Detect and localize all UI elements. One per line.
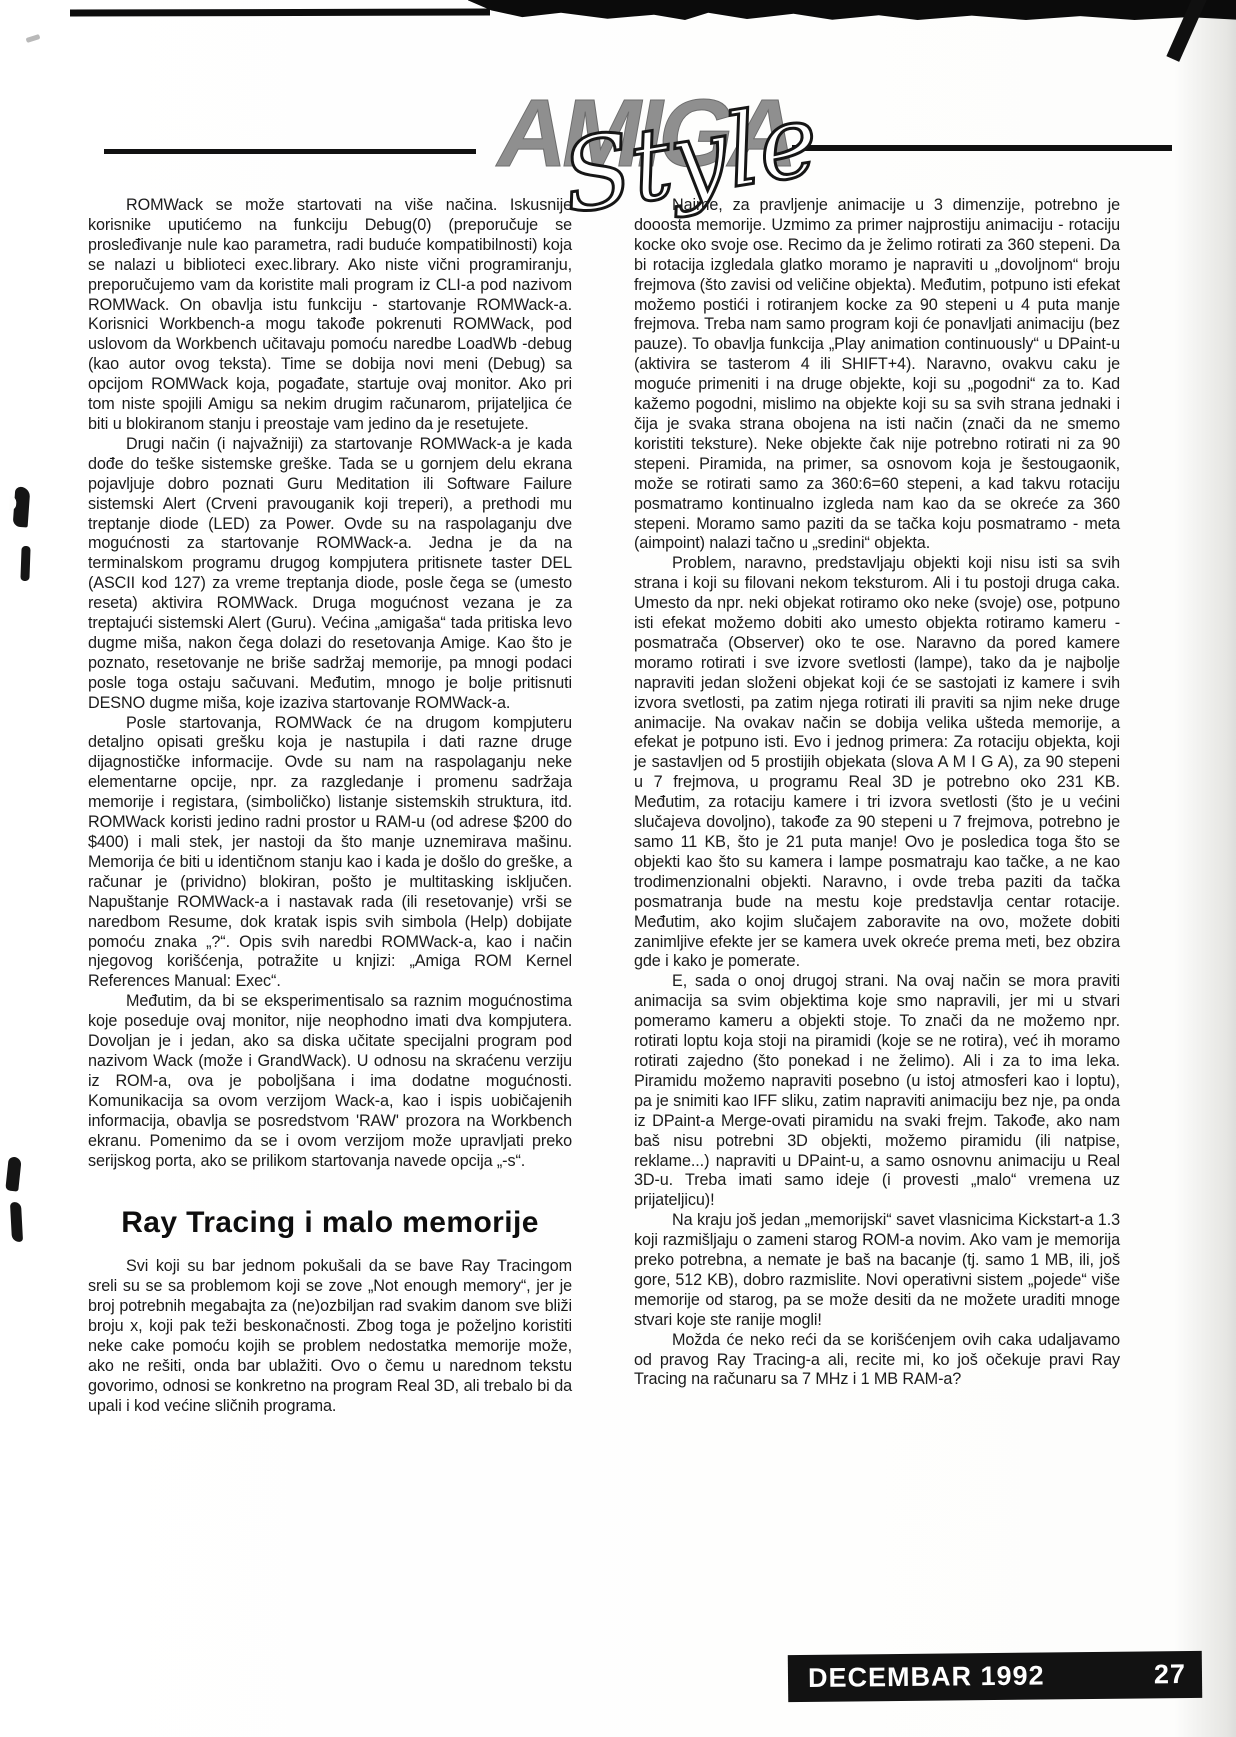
scan-artifact-top-rule [70,8,490,16]
footer-bar: DECEMBAR 1992 27 [788,1651,1202,1702]
scan-artifact-speck [26,34,41,43]
paragraph: Drugi način (i najvažniji) za startovanj… [88,435,572,714]
magazine-page: AMIGA Style ROMWack se može startovati n… [0,0,1236,1737]
paragraph: ROMWack se može startovati na više način… [88,196,572,435]
header-rule-right [792,145,1172,151]
paragraph: Naime, za pravljenje animacije u 3 dimen… [634,196,1120,554]
paragraph: Svi koji su bar jednom pokušali da se ba… [88,1257,572,1416]
paragraph: Međutim, da bi se eksperimentisalo sa ra… [88,992,572,1171]
paragraph: Problem, naravno, predstavljaju objekti … [634,554,1120,972]
scan-artifact-left-1 [13,487,31,528]
scan-artifact-left-4 [10,1202,23,1243]
paragraph: E, sada o onoj drugoj strani. Na ovaj na… [634,972,1120,1211]
section-heading: Ray Tracing i malo memorije [88,1213,572,1233]
scan-artifact-left-3 [5,1156,21,1191]
footer-issue-date: DECEMBAR 1992 [808,1660,1045,1693]
left-column: ROMWack se može startovati na više način… [88,196,572,1417]
header-rule-left [104,149,476,154]
paragraph: Posle startovanja, ROMWack će na drugom … [88,714,572,993]
scan-artifact-top-band [468,0,1236,20]
paragraph: Na kraju još jedan „memorijski“ savet vl… [634,1211,1120,1330]
footer-page-number: 27 [1154,1659,1186,1690]
scan-artifact-left-2 [20,546,30,581]
right-column: Naime, za pravljenje animacije u 3 dimen… [634,196,1120,1390]
paragraph: Možda će neko reći da se korišćenjem ovi… [634,1331,1120,1391]
